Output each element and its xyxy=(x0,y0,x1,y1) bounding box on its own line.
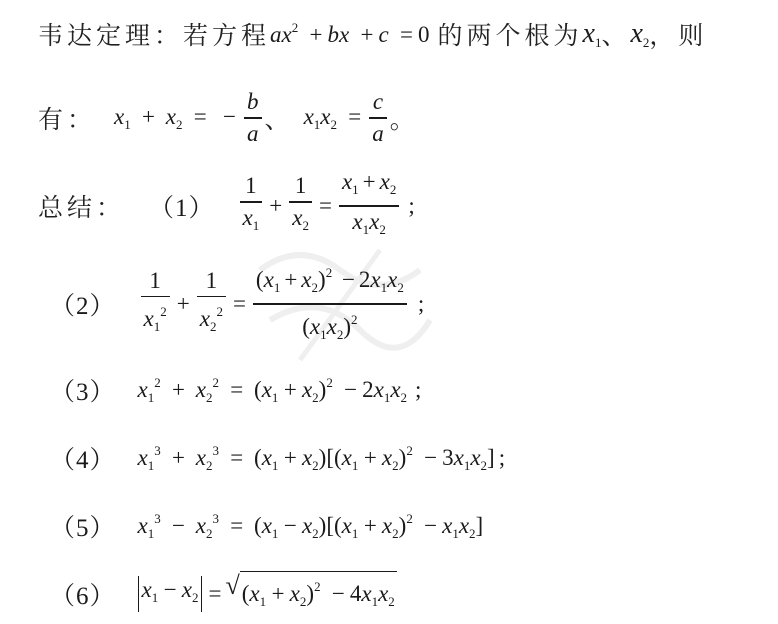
root-separator: 、 xyxy=(601,16,630,52)
result-prefix: 有： xyxy=(38,100,96,136)
intro-title: 韦达定理：若方程 xyxy=(38,16,270,52)
frac-sum-squares-over-product-squared: (x1+x2)2 −2x1x2 (x1x2)2 xyxy=(253,258,407,349)
product-fraction: c a xyxy=(369,87,387,148)
result-line: 有： x1 + x2 = − b a 、 x1x2 = c a 。 xyxy=(38,86,419,150)
formula-6: （6） x1−x2 = √ (x1+x2)2 −4x1x2 xyxy=(50,572,397,616)
intro-line: 韦达定理：若方程 ax2 +bx +c =0 的两个根为 x1 、 x2 ，则 xyxy=(38,14,707,54)
absolute-difference: x1−x2 xyxy=(138,576,203,612)
formula-3-expression: x12 + x22 = (x1+x2)2 −2x1x2 xyxy=(138,375,408,406)
formula-label: （4） xyxy=(50,440,116,476)
formula-label: （3） xyxy=(50,372,116,408)
formula-3: （3） x12 + x22 = (x1+x2)2 −2x1x2 ; xyxy=(50,370,421,410)
frac-sum-over-product: x1+x2 x1x2 xyxy=(339,167,399,244)
square-root: √ (x1+x2)2 −4x1x2 xyxy=(225,571,396,617)
formula-4: （4） x13 + x23 = (x1+x2)[(x1+x2)2 −3x1x2]… xyxy=(50,438,505,478)
sum-of-roots: x1 + x2 = − xyxy=(114,104,241,133)
product-of-roots: x1x2 = xyxy=(304,104,367,133)
formula-4-expression: x13 + x23 = (x1+x2)[(x1+x2)2 −3x1x2] xyxy=(138,443,495,474)
intro-comma-then: ，则 xyxy=(649,16,707,52)
formula-label: （6） xyxy=(50,576,116,612)
frac-1-over-x1-squared: 1 x12 xyxy=(141,266,170,342)
formula-5-expression: x13 − x23 = (x1−x2)[(x1+x2)2 −x1x2] xyxy=(138,511,484,542)
frac-1-over-x1: 1 x1 xyxy=(240,171,263,240)
frac-1-over-x2: 1 x2 xyxy=(289,171,312,240)
formula-1: 总结： （1） 1 x1 + 1 x2 = x1+x2 x1x2 ; xyxy=(38,170,415,242)
intro-equation: ax2 +bx +c =0 xyxy=(270,20,430,48)
result-end: 。 xyxy=(390,100,419,136)
formula-2: （2） 1 x12 + 1 x22 = (x1+x2)2 −2x1x2 (x1x… xyxy=(50,266,424,342)
root-1: x1 xyxy=(583,18,602,51)
frac-1-over-x2-squared: 1 x22 xyxy=(197,266,226,342)
formula-label: （5） xyxy=(50,508,116,544)
formula-label: （2） xyxy=(50,286,116,322)
intro-text-after: 的两个根为 xyxy=(438,16,583,52)
formula-label: （1） xyxy=(149,188,215,224)
formula-5: （5） x13 − x23 = (x1−x2)[(x1+x2)2 −x1x2] xyxy=(50,506,483,546)
sum-fraction: b a xyxy=(244,87,262,148)
radical-icon: √ xyxy=(225,571,239,617)
root-2: x2 xyxy=(630,18,649,51)
result-separator: 、 xyxy=(265,100,294,136)
summary-label: 总结： xyxy=(38,188,125,224)
